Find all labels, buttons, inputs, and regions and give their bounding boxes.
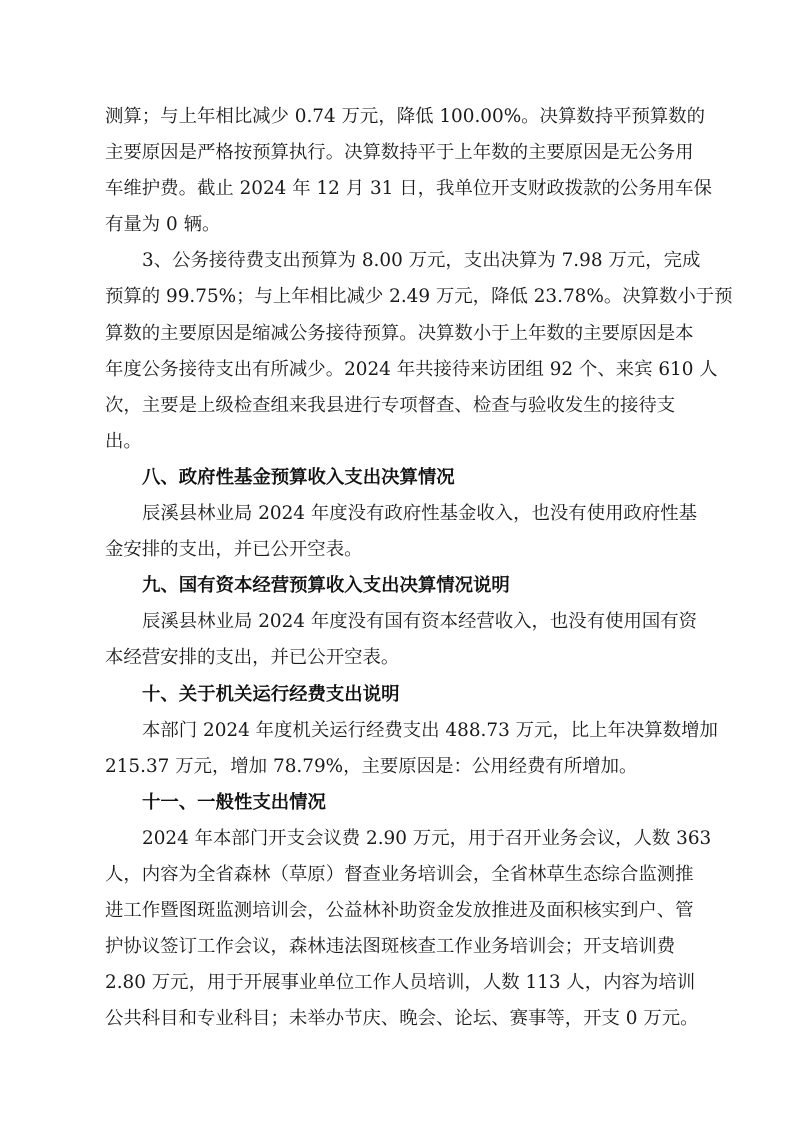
text-line: 本部门 2024 年度机关运行经费支出 488.73 万元，比上年决算数增加 [105, 713, 698, 749]
paragraph-operating-expenses: 本部门 2024 年度机关运行经费支出 488.73 万元，比上年决算数增加 2… [105, 713, 698, 785]
paragraph-state-capital: 辰溪县林业局 2024 年度没有国有资本经营收入，也没有使用国有资 本经营安排的… [105, 604, 698, 676]
text-line: 算数的主要原因是缩减公务接待预算。决算数小于上年数的主要原因是本 [105, 316, 698, 352]
paragraph-government-fund: 辰溪县林业局 2024 年度没有政府性基金收入，也没有使用政府性基 金安排的支出… [105, 496, 698, 568]
text-line: 车维护费。截止 2024 年 12 月 31 日，我单位开支财政拨款的公务用车保 [105, 171, 698, 207]
text-line: 金安排的支出，并已公开空表。 [105, 532, 698, 568]
text-line: 测算；与上年相比减少 0.74 万元，降低 100.00%。决算数持平预算数的 [105, 99, 698, 135]
text-line: 有量为 0 辆。 [105, 207, 698, 243]
paragraph-vehicle-maintenance: 测算；与上年相比减少 0.74 万元，降低 100.00%。决算数持平预算数的 … [105, 99, 698, 243]
text-line: 预算的 99.75%；与上年相比减少 2.49 万元，降低 23.78%。决算数… [105, 279, 698, 315]
text-line: 年度公务接待支出有所减少。2024 年共接待来访团组 92 个、来宾 610 人 [105, 352, 698, 388]
text-line: 本经营安排的支出，并已公开空表。 [105, 640, 698, 676]
section-heading-general-expenses: 十一、一般性支出情况 [105, 785, 698, 821]
text-line: 进工作暨图斑监测培训会，公益林补助资金发放推进及面积核实到户、管 [105, 893, 698, 929]
text-line: 人，内容为全省森林（草原）督查业务培训会，全省林草生态综合监测推 [105, 857, 698, 893]
paragraph-reception-expenses: 3、公务接待费支出预算为 8.00 万元，支出决算为 7.98 万元，完成 预算… [105, 243, 698, 460]
text-line: 次，主要是上级检查组来我县进行专项督查、检查与验收发生的接待支 [105, 388, 698, 424]
document-page: 测算；与上年相比减少 0.74 万元，降低 100.00%。决算数持平预算数的 … [105, 99, 698, 1037]
text-line: 2.80 万元，用于开展事业单位工作人员培训，人数 113 人，内容为培训 [105, 965, 698, 1001]
text-line: 215.37 万元，增加 78.79%，主要原因是：公用经费有所增加。 [105, 749, 698, 785]
text-line: 2024 年本部门开支会议费 2.90 万元，用于召开业务会议，人数 363 [105, 821, 698, 857]
text-line: 护协议签订工作会议，森林违法图斑核查工作业务培训会；开支培训费 [105, 929, 698, 965]
text-line: 3、公务接待费支出预算为 8.00 万元，支出决算为 7.98 万元，完成 [105, 243, 698, 279]
section-heading-state-capital: 九、国有资本经营预算收入支出决算情况说明 [105, 568, 698, 604]
section-heading-operating-expenses: 十、关于机关运行经费支出说明 [105, 677, 698, 713]
text-line: 主要原因是严格按预算执行。决算数持平于上年数的主要原因是无公务用 [105, 135, 698, 171]
text-line: 辰溪县林业局 2024 年度没有国有资本经营收入，也没有使用国有资 [105, 604, 698, 640]
section-heading-government-fund: 八、政府性基金预算收入支出决算情况 [105, 460, 698, 496]
paragraph-general-expenses: 2024 年本部门开支会议费 2.90 万元，用于召开业务会议，人数 363 人… [105, 821, 698, 1038]
text-line: 公共科目和专业科目；未举办节庆、晚会、论坛、赛事等，开支 0 万元。 [105, 1001, 698, 1037]
text-line: 出。 [105, 424, 698, 460]
text-line: 辰溪县林业局 2024 年度没有政府性基金收入，也没有使用政府性基 [105, 496, 698, 532]
